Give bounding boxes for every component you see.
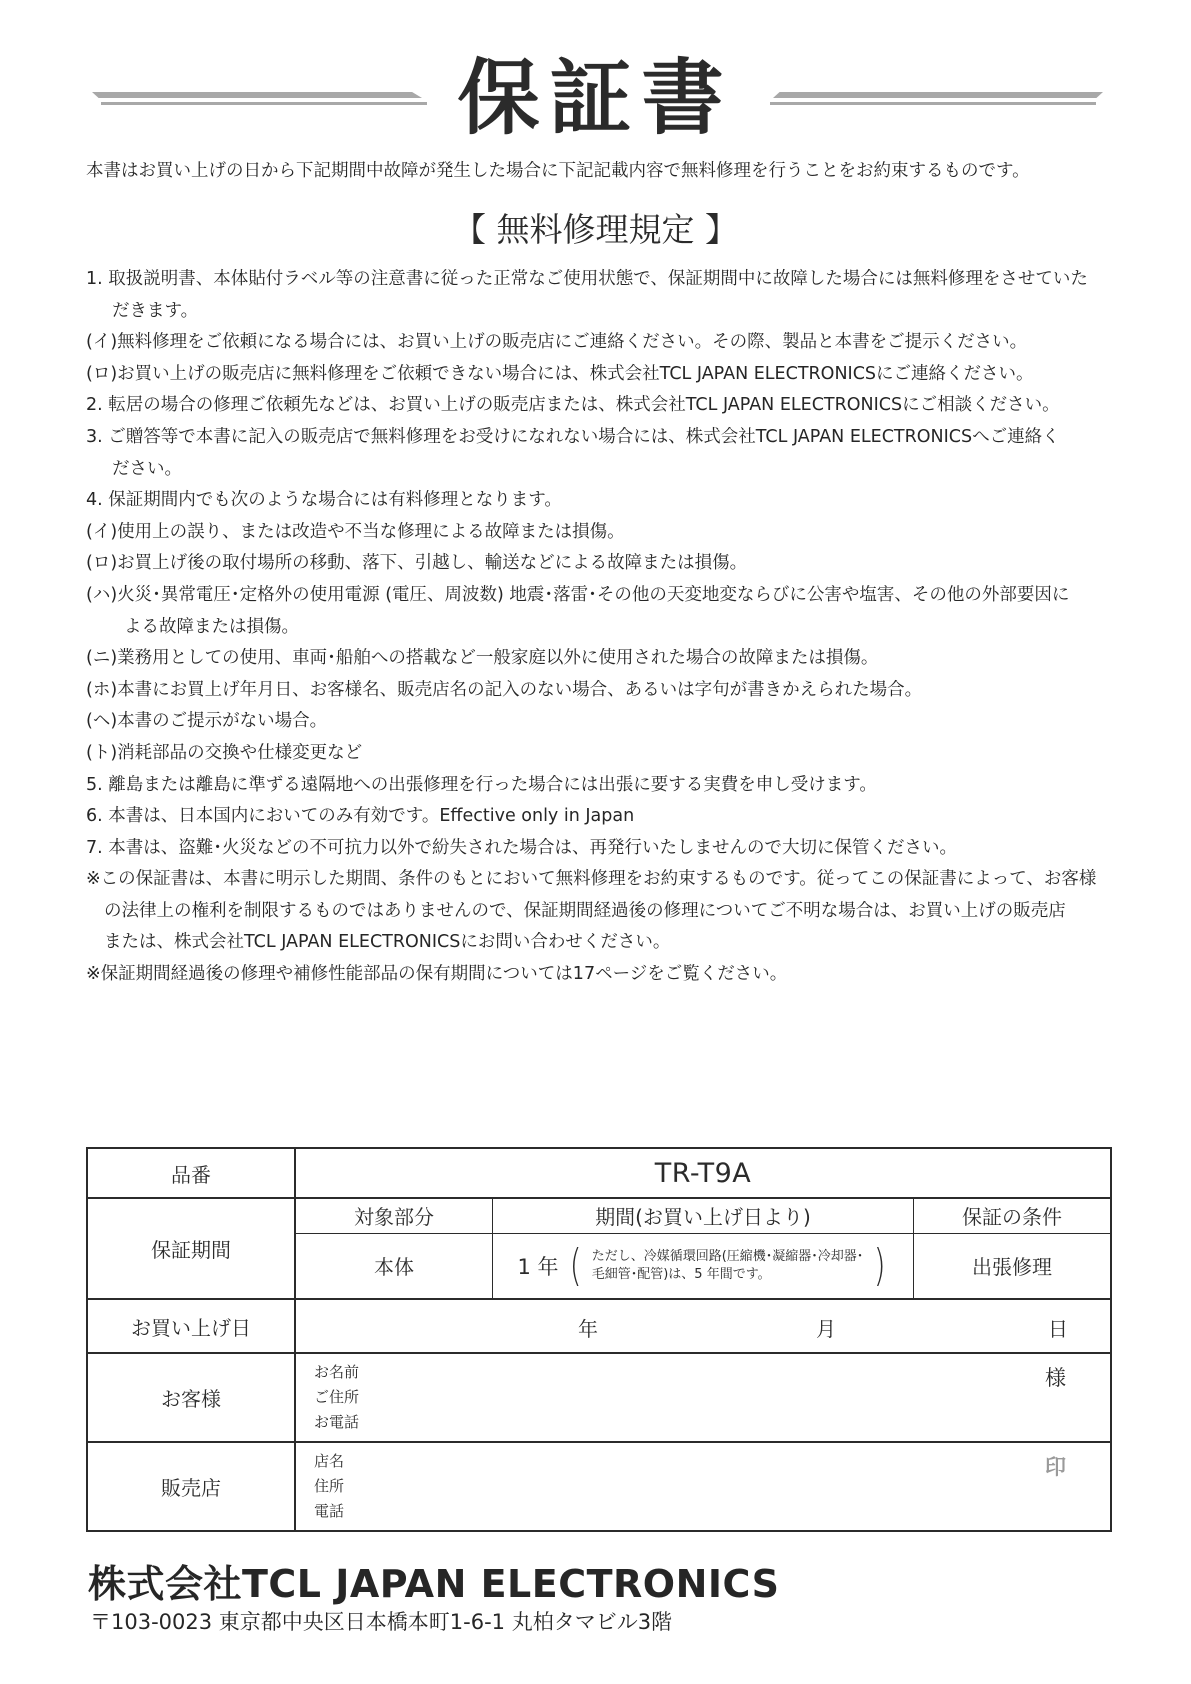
store-address-field: 住所	[314, 1474, 1110, 1499]
store-name-field: 店名	[314, 1449, 1110, 1474]
rule-line: 3. ご贈答等で本書に記入の販売店で無料修理をお受けになれない場合には、株式会社…	[86, 422, 1126, 454]
section-heading: 【 無料修理規定 】	[0, 208, 1191, 252]
condition-value: 出張修理	[914, 1233, 1112, 1299]
period-note: ただし、冷媒循環回路(圧縮機･凝縮器･冷却器･ 毛細管･配管)は、5 年間です。	[592, 1248, 864, 1284]
part-value: 本体	[295, 1233, 493, 1299]
company-name: 株式会社TCL JAPAN ELECTRONICS	[88, 1553, 780, 1608]
rule-line: 4. 保証期間内でも次のような場合には有料修理となります。	[86, 485, 1126, 517]
date-year-unit: 年	[578, 1313, 598, 1342]
rule-line: 2. 転居の場合の修理ご依頼先などは、お買い上げの販売店または、株式会社TCL …	[86, 390, 1126, 422]
warranty-form-table: 品番 TR-T9A 保証期間 対象部分 期間(お買い上げ日より) 保証の条件 本…	[86, 1147, 1112, 1532]
rule-line: (イ)使用上の誤り、または改造や不当な修理による故障または損傷。	[86, 517, 1126, 549]
intro-text: 本書はお買い上げの日から下記期間中故障が発生した場合に下記記載内容で無料修理を行…	[86, 158, 1126, 184]
rule-line: 1. 取扱説明書、本体貼付ラベル等の注意書に従った正常なご使用状態で、保証期間中…	[86, 264, 1126, 296]
date-day-unit: 日	[1048, 1313, 1068, 1342]
rule-line: (ヘ)本書のご提示がない場合。	[86, 706, 1126, 738]
date-month-unit: 月	[816, 1313, 836, 1342]
column-header-condition: 保証の条件	[914, 1198, 1112, 1233]
rule-line: だきます。	[86, 296, 1126, 328]
column-header-period: 期間(お買い上げ日より)	[493, 1198, 914, 1233]
paren-open: (	[569, 1244, 581, 1288]
store-phone-field: 電話	[314, 1499, 1110, 1524]
customer-label: お客様	[87, 1353, 295, 1442]
period-value-cell: 1 年 ( ただし、冷媒循環回路(圧縮機･凝縮器･冷却器･ 毛細管･配管)は、5…	[493, 1233, 914, 1299]
rule-line: (ト)消耗部品の交換や仕様変更など	[86, 738, 1126, 770]
rule-line: ※保証期間経過後の修理や補修性能部品の保有期間については17ページをご覧ください…	[86, 959, 1126, 991]
rule-line: 7. 本書は、盗難･火災などの不可抗力以外で紛失された場合は、再発行いたしません…	[86, 833, 1126, 865]
customer-name-field: お名前	[314, 1360, 1110, 1385]
period-value: 1 年	[518, 1251, 559, 1281]
purchase-date-field[interactable]: 年 月 日	[295, 1299, 1111, 1353]
seal-stamp-mark: 印	[1045, 1451, 1066, 1481]
company-address: 〒103-0023 東京都中央区日本橋本町1-6-1 丸柏タマビル3階	[90, 1606, 672, 1636]
column-header-part: 対象部分	[295, 1198, 493, 1233]
honorific-suffix: 様	[1045, 1362, 1066, 1392]
model-value: TR-T9A	[295, 1148, 1111, 1198]
title-row: 保証書	[0, 48, 1191, 148]
rule-line: (ロ)お買い上げの販売店に無料修理をご依頼できない場合には、株式会社TCL JA…	[86, 359, 1126, 391]
rule-line: (ニ)業務用としての使用、車両･船舶への搭載など一般家庭以外に使用された場合の故…	[86, 643, 1126, 675]
rule-line: (ロ)お買上げ後の取付場所の移動、落下、引越し、輸送などによる故障または損傷。	[86, 548, 1126, 580]
rule-line: 6. 本書は、日本国内においてのみ有効です。Effective only in …	[86, 801, 1126, 833]
rule-line: 5. 離島または離島に準ずる遠隔地への出張修理を行った場合には出張に要する実費を…	[86, 770, 1126, 802]
rule-line: の法律上の権利を制限するものではありませんので、保証期間経過後の修理についてご不…	[86, 896, 1126, 928]
warranty-period-label: 保証期間	[87, 1198, 295, 1299]
rule-line: ださい。	[86, 454, 1126, 486]
rule-line: (イ)無料修理をご依頼になる場合には、お買い上げの販売店にご連絡ください。その際…	[86, 327, 1126, 359]
model-label: 品番	[87, 1148, 295, 1198]
store-fields[interactable]: 店名 住所 電話 印	[295, 1442, 1111, 1531]
store-label: 販売店	[87, 1442, 295, 1531]
rule-line: または、株式会社TCL JAPAN ELECTRONICSにお問い合わせください…	[86, 927, 1126, 959]
customer-fields[interactable]: お名前 ご住所 お電話 様	[295, 1353, 1111, 1442]
customer-phone-field: お電話	[314, 1410, 1110, 1435]
rule-line: (ハ)火災･異常電圧･定格外の使用電源 (電圧、周波数) 地震･落雷･その他の天…	[86, 580, 1126, 612]
customer-address-field: ご住所	[314, 1385, 1110, 1410]
paren-close: )	[874, 1244, 886, 1288]
rule-line: (ホ)本書にお買上げ年月日、お客様名、販売店名の記入のない場合、あるいは字句が書…	[86, 675, 1126, 707]
purchase-date-label: お買い上げ日	[87, 1299, 295, 1353]
rule-line: ※この保証書は、本書に明示した期間、条件のもとにおいて無料修理をお約束するもので…	[86, 864, 1126, 896]
rules-list: 1. 取扱説明書、本体貼付ラベル等の注意書に従った正常なご使用状態で、保証期間中…	[86, 264, 1126, 991]
rule-line: よる故障または損傷。	[86, 612, 1126, 644]
title-decoration-right	[770, 92, 1105, 106]
